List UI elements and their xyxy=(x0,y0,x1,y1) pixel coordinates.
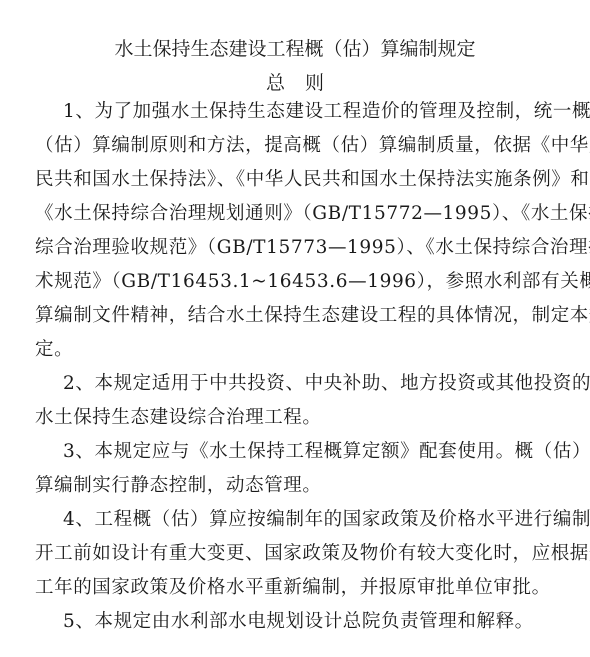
paragraph-2-line-1: 2、本规定适用于中共投资、中央补助、地方投资或其他投资的 xyxy=(63,373,557,395)
paragraph-4-line-3: 工年的国家政策及价格水平重新编制，并报原审批单位审批。 xyxy=(35,577,557,599)
paragraph-3-line-2: 算编制实行静态控制，动态管理。 xyxy=(35,475,557,497)
paragraph-4-line-2: 开工前如设计有重大变更、国家政策及物价有较大变化时，应根据开 xyxy=(35,543,557,565)
paragraph-2-line-2: 水土保持生态建设综合治理工程。 xyxy=(35,407,557,429)
section-heading: 总则 xyxy=(0,68,590,95)
paragraph-4-line-1: 4、工程概（估）算应按编制年的国家政策及价格水平进行编制。 xyxy=(63,509,557,531)
paragraph-1-line-8: 定。 xyxy=(35,339,557,361)
paragraph-1-line-5: 综合治理验收规范》（GB/T15773—1995）、《水土保持综合治理技 xyxy=(35,237,557,259)
paragraph-1-line-4: 《水土保持综合治理规划通则》（GB/T15772—1995）、《水土保持 xyxy=(35,203,557,225)
paragraph-3-line-1: 3、本规定应与《水土保持工程概算定额》配套使用。概（估） xyxy=(63,441,557,463)
paragraph-1-line-3: 民共和国水土保持法》、《中华人民共和国水土保持法实施条例》和 xyxy=(35,169,557,191)
document-title: 水土保持生态建设工程概（估）算编制规定 xyxy=(0,34,590,61)
section-heading-left: 总 xyxy=(266,72,285,94)
paragraph-1-line-6: 术规范》（GB/T16453.1~16453.6—1996），参照水利部有关概（… xyxy=(35,271,557,293)
paragraph-1-line-1: 1、为了加强水土保持生态建设工程造价的管理及控制，统一概 xyxy=(63,101,557,123)
section-heading-right: 则 xyxy=(305,72,324,94)
paragraph-1-line-2: （估）算编制原则和方法，提高概（估）算编制质量，依据《中华人 xyxy=(35,135,557,157)
paragraph-5-line-1: 5、本规定由水利部水电规划设计总院负责管理和解释。 xyxy=(63,611,557,633)
paragraph-1-line-7: 算编制文件精神，结合水土保持生态建设工程的具体情况，制定本规 xyxy=(35,305,557,327)
